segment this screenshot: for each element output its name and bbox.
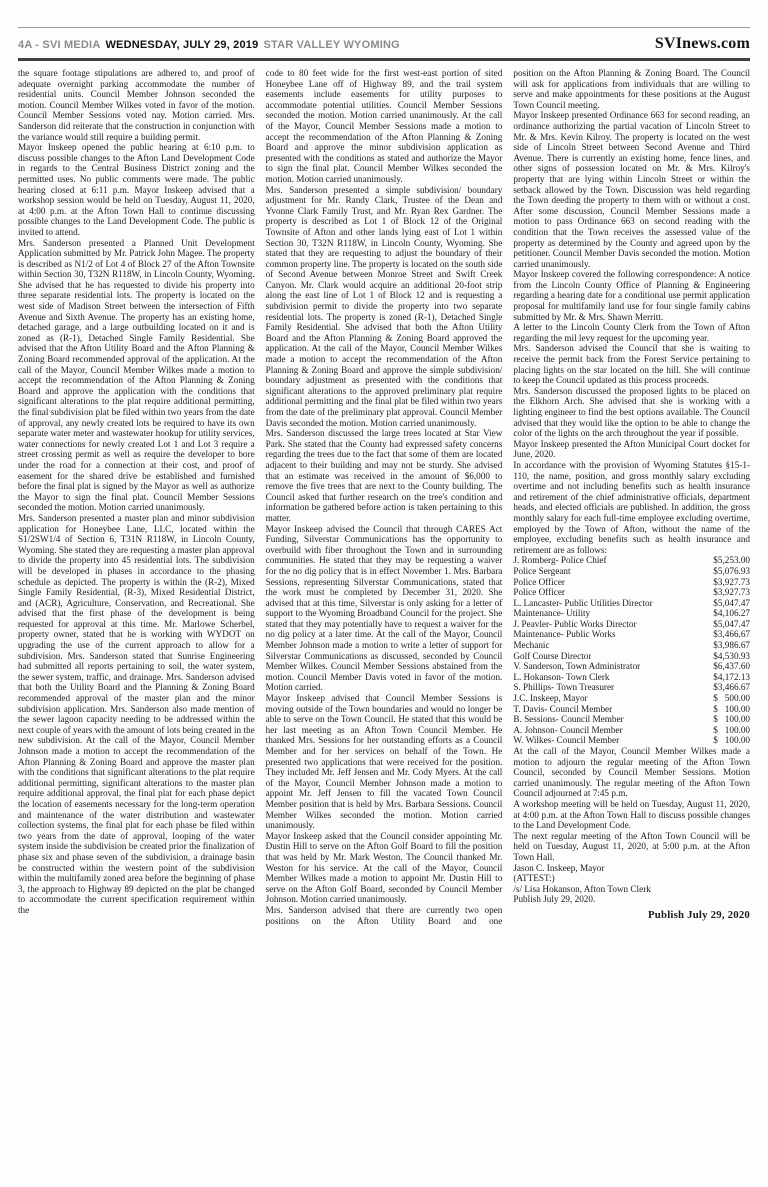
salary-amount: $4,106.27 bbox=[713, 608, 750, 619]
salary-amount: $5,076.93 bbox=[713, 566, 750, 577]
paragraph: A letter to the Lincoln County Clerk fro… bbox=[513, 322, 750, 343]
paragraph: The next regular meeting of the Afton To… bbox=[513, 831, 750, 863]
salary-row: L. Lancaster- Public Utilities Director … bbox=[513, 598, 750, 609]
salary-amount: $5,047.47 bbox=[713, 619, 750, 630]
salary-amount: $ 100.00 bbox=[713, 735, 750, 746]
salary-row: Mechanic $3,986.67 bbox=[513, 640, 750, 651]
paragraph: Mrs. Sanderson advised the Council that … bbox=[513, 343, 750, 385]
article-column-3: position on the Afton Planning & Zoning … bbox=[513, 68, 750, 926]
salary-row: V. Sanderson, Town Administrator $6,437.… bbox=[513, 661, 750, 672]
paragraph: Mrs. Sanderson presented a master plan a… bbox=[18, 513, 255, 916]
paragraph: A workshop meeting will be held on Tuesd… bbox=[513, 799, 750, 831]
page-header: 4A - SVI MEDIA WEDNESDAY, JULY 29, 2019 … bbox=[18, 27, 750, 61]
paragraph: Mayor Inskeep covered the following corr… bbox=[513, 269, 750, 322]
newspaper-page: 4A - SVI MEDIA WEDNESDAY, JULY 29, 2019 … bbox=[0, 0, 768, 1187]
paragraph: Mrs. Sanderson discussed the large trees… bbox=[266, 428, 503, 523]
paragraph: Mayor Inskeep presented Ordinance 663 fo… bbox=[513, 110, 750, 269]
salary-amount: $3,927.73 bbox=[713, 587, 750, 598]
salary-title: Police Sergeant bbox=[513, 566, 570, 577]
paragraph: At the call of the Mayor, Council Member… bbox=[513, 746, 750, 799]
clerk-signature-line: /s/ Lisa Hokanson, Afton Town Clerk bbox=[513, 884, 750, 895]
salary-table: J. Romberg- Police Chief $5,253.00 Polic… bbox=[513, 555, 750, 746]
salary-amount: $4,172.13 bbox=[713, 672, 750, 683]
paragraph: Mrs. Sanderson presented a simple subdiv… bbox=[266, 185, 503, 429]
paragraph: Mrs. Sanderson presented a Planned Unit … bbox=[18, 238, 255, 513]
salary-title: Maintenance- Utility bbox=[513, 608, 590, 619]
paragraph: Mayor Inskeep advised the Council that t… bbox=[266, 524, 503, 694]
salary-row: L. Hokanson- Town Clerk $4,172.13 bbox=[513, 672, 750, 683]
article-column-1: the square footage stipulations are adhe… bbox=[18, 68, 255, 926]
salary-amount: $5,253.00 bbox=[713, 555, 750, 566]
masthead-url: SVInews.com bbox=[655, 35, 750, 53]
salary-amount: $5,047.47 bbox=[713, 598, 750, 609]
paragraph: code to 80 feet wide for the first west-… bbox=[266, 68, 503, 185]
salary-row: J.C. Inskeep, Mayor $ 500.00 bbox=[513, 693, 750, 704]
paragraph: position on the Afton Planning & Zoning … bbox=[513, 68, 750, 110]
salary-amount: $4,530.93 bbox=[713, 651, 750, 662]
paragraph: In accordance with the provision of Wyom… bbox=[513, 460, 750, 555]
salary-title: L. Lancaster- Public Utilities Director bbox=[513, 598, 652, 609]
salary-amount: $ 100.00 bbox=[713, 704, 750, 715]
article-column-2: code to 80 feet wide for the first west-… bbox=[266, 68, 503, 926]
publish-date-line: Publish July 29, 2020. bbox=[513, 894, 750, 905]
folio-location: STAR VALLEY WYOMING bbox=[263, 39, 399, 51]
salary-title: W. Wilkes- Council Member bbox=[513, 735, 619, 746]
publish-line-bold: Publish July 29, 2020 bbox=[513, 905, 750, 921]
paragraph: the square footage stipulations are adhe… bbox=[18, 68, 255, 142]
salary-row: Maintenance- Utility $4,106.27 bbox=[513, 608, 750, 619]
folio-page-label: 4A - SVI MEDIA bbox=[18, 39, 100, 51]
salary-amount: $6,437.60 bbox=[713, 661, 750, 672]
salary-title: Maintenance- Public Works bbox=[513, 629, 615, 640]
attest-line: (ATTEST:) bbox=[513, 873, 750, 884]
salary-title: V. Sanderson, Town Administrator bbox=[513, 661, 640, 672]
folio-line: 4A - SVI MEDIA WEDNESDAY, JULY 29, 2019 … bbox=[18, 39, 400, 51]
salary-row: W. Wilkes- Council Member $ 100.00 bbox=[513, 735, 750, 746]
salary-title: Mechanic bbox=[513, 640, 549, 651]
salary-row: Golf Course Director $4,530.93 bbox=[513, 651, 750, 662]
salary-row: Maintenance- Public Works $3,466.67 bbox=[513, 629, 750, 640]
paragraph: Mrs. Sanderson discussed the proposed li… bbox=[513, 386, 750, 439]
salary-title: L. Hokanson- Town Clerk bbox=[513, 672, 609, 683]
paragraph: Mayor Inskeep advised that Council Membe… bbox=[266, 693, 503, 831]
salary-title: B. Sessions- Council Member bbox=[513, 714, 623, 725]
salary-amount: $ 100.00 bbox=[713, 725, 750, 736]
salary-title: S. Phillips- Town Treasurer bbox=[513, 682, 614, 693]
salary-row: Police Officer $3,927.73 bbox=[513, 577, 750, 588]
paragraph: Mayor Inskeep asked that the Council con… bbox=[266, 831, 503, 905]
salary-title: Police Officer bbox=[513, 577, 565, 588]
salary-amount: $3,466.67 bbox=[713, 682, 750, 693]
paragraph: Mrs. Sanderson advised that there are cu… bbox=[266, 905, 503, 926]
salary-row: T. Davis- Council Member $ 100.00 bbox=[513, 704, 750, 715]
paragraph: Mayor Inskeep opened the public hearing … bbox=[18, 142, 255, 237]
salary-row: B. Sessions- Council Member $ 100.00 bbox=[513, 714, 750, 725]
paragraph: Mayor Inskeep presented the Afton Munici… bbox=[513, 439, 750, 460]
salary-row: A. Johnson- Council Member $ 100.00 bbox=[513, 725, 750, 736]
salary-title: J. Peavler- Public Works Director bbox=[513, 619, 636, 630]
salary-title: Golf Course Director bbox=[513, 651, 591, 662]
salary-amount: $3,986.67 bbox=[713, 640, 750, 651]
salary-amount: $3,466.67 bbox=[713, 629, 750, 640]
salary-title: J.C. Inskeep, Mayor bbox=[513, 693, 587, 704]
article-body: the square footage stipulations are adhe… bbox=[18, 61, 750, 926]
salary-amount: $ 500.00 bbox=[713, 693, 750, 704]
salary-amount: $ 100.00 bbox=[713, 714, 750, 725]
signature-line: Jason C. Inskeep, Mayor bbox=[513, 863, 750, 874]
folio-date: WEDNESDAY, JULY 29, 2019 bbox=[105, 39, 258, 51]
salary-row: Police Officer $3,927.73 bbox=[513, 587, 750, 598]
salary-row: Police Sergeant $5,076.93 bbox=[513, 566, 750, 577]
salary-row: J. Peavler- Public Works Director $5,047… bbox=[513, 619, 750, 630]
salary-title: T. Davis- Council Member bbox=[513, 704, 612, 715]
salary-row: S. Phillips- Town Treasurer $3,466.67 bbox=[513, 682, 750, 693]
salary-title: A. Johnson- Council Member bbox=[513, 725, 622, 736]
salary-amount: $3,927.73 bbox=[713, 577, 750, 588]
salary-row: J. Romberg- Police Chief $5,253.00 bbox=[513, 555, 750, 566]
salary-title: Police Officer bbox=[513, 587, 565, 598]
salary-title: J. Romberg- Police Chief bbox=[513, 555, 606, 566]
